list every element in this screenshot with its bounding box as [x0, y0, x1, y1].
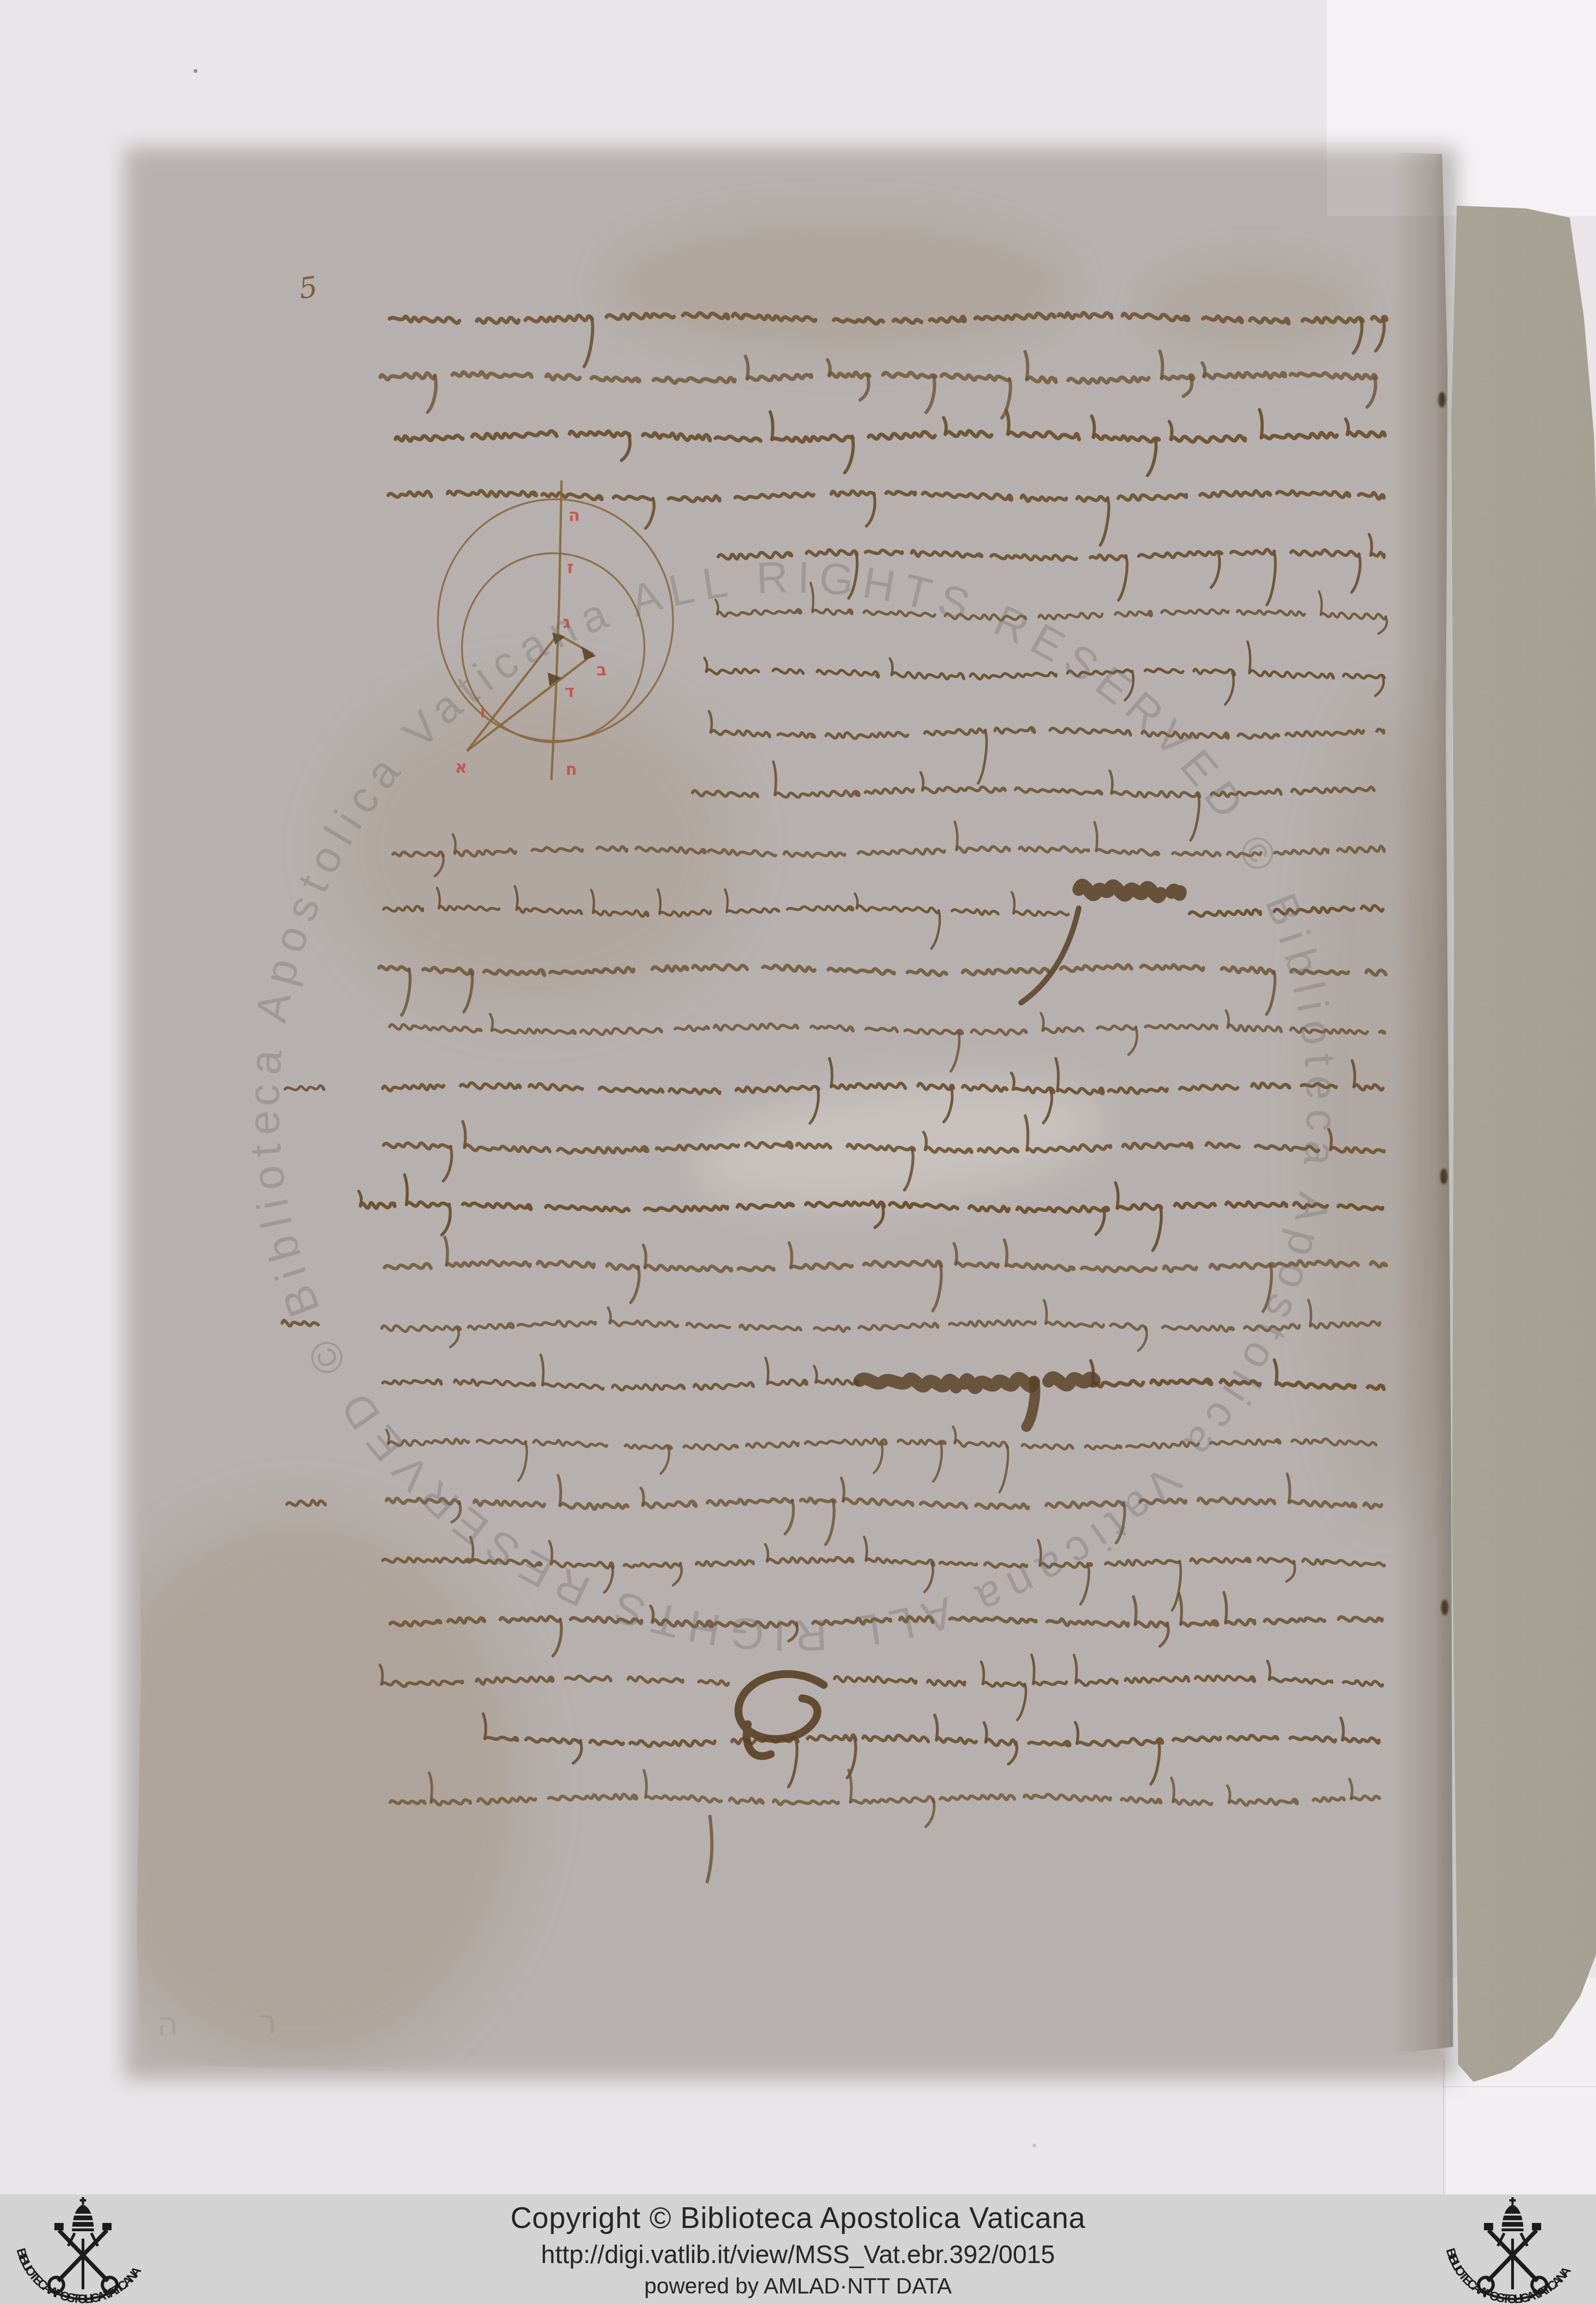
scan-art-layer: 5 הר הזגבדואח ca Apostolica Vaticana ALL…	[0, 0, 1596, 2305]
bleedthrough-glyph: ה	[157, 2004, 178, 2043]
diagram-red-label: א	[455, 758, 467, 777]
footer-bar: BIBLIOTECA APOSTOLICA VATICANA BIBLIOTEC…	[0, 2194, 1596, 2305]
text-line	[287, 1501, 325, 1506]
text-line-strokes	[445, 1237, 1271, 1312]
text-line	[380, 372, 1376, 383]
watermark-ring: ca Apostolica Vaticana ALL RIGHTS RESERV…	[0, 0, 1347, 1661]
diagram-red-label: ה	[568, 506, 580, 525]
text-line	[718, 550, 1384, 561]
text-line	[285, 1086, 324, 1090]
large-calligraphic-word	[1079, 885, 1180, 897]
text-line	[383, 1083, 1383, 1094]
footer-text-block: Copyright © Biblioteca Apostolica Vatica…	[0, 2194, 1596, 2305]
text-line-strokes	[621, 410, 1348, 476]
text-line-strokes	[541, 1355, 817, 1384]
bleedthrough-marks: הר	[157, 2002, 277, 2043]
powered-by-line: powered by AMLAD·NTT DATA	[644, 2274, 952, 2299]
svg-text:ca Apostolica Vaticana ALL RIG: ca Apostolica Vaticana ALL RIGHTS RESERV…	[0, 0, 1347, 1661]
text-line	[692, 787, 1374, 797]
diagram-red-label: ד	[565, 682, 574, 701]
text-line	[390, 313, 1387, 324]
copyright-line: Copyright © Biblioteca Apostolica Vatica…	[510, 2201, 1086, 2235]
text-line	[711, 727, 1384, 739]
long-descender-stroke	[707, 1816, 712, 1882]
text-line	[390, 1024, 1385, 1035]
large-calligraphic-word	[860, 1377, 1094, 1388]
calligraphic-descender-tail	[1021, 908, 1079, 1003]
bleedthrough-glyph: ר	[258, 2002, 277, 2041]
text-line-strokes	[810, 1058, 1355, 1123]
text-line-strokes	[981, 1655, 1270, 1720]
text-line-strokes	[427, 351, 1376, 418]
text-line	[382, 1321, 1380, 1332]
text-line-strokes	[402, 969, 1275, 1015]
diagram-red-label: ח	[566, 760, 577, 779]
text-line-strokes	[773, 762, 1199, 840]
text-line	[706, 669, 1384, 679]
text-line	[379, 964, 1386, 975]
text-line	[834, 1676, 1383, 1686]
text-line-strokes	[490, 1011, 1229, 1071]
text-line	[485, 1735, 1379, 1746]
text-line	[361, 1201, 1383, 1212]
text-line	[383, 1379, 858, 1390]
diagram-arrowhead	[581, 646, 596, 660]
calligraphic-flourish-word	[739, 1674, 824, 1756]
diagram-red-label: ז	[567, 558, 573, 577]
text-line-strokes	[483, 1714, 1343, 1787]
text-line-strokes	[584, 318, 1384, 366]
text-line	[384, 1261, 1386, 1272]
page-number: 5	[297, 270, 319, 306]
text-line-strokes	[380, 1665, 383, 1683]
text-line	[386, 1498, 1382, 1509]
handwritten-text-block	[282, 313, 1387, 1882]
text-line-strokes	[443, 1116, 1331, 1190]
scanned-page-viewport: 5 הר הזגבדואח ca Apostolica Vaticana ALL…	[0, 0, 1596, 2305]
text-line	[390, 1617, 1382, 1628]
diagram-red-label: ב	[597, 661, 607, 680]
text-line	[384, 1142, 1384, 1153]
text-line-strokes	[437, 886, 1014, 949]
permalink-line: http://digi.vatlib.it/view/MSS_Vat.ebr.3…	[541, 2240, 1055, 2269]
text-line	[382, 1676, 728, 1687]
text-line-strokes	[386, 1427, 1008, 1492]
watermark-ring-text: ca Apostolica Vaticana ALL RIGHTS RESERV…	[0, 0, 1347, 1661]
text-line-strokes	[359, 1175, 1161, 1250]
text-line	[396, 431, 1385, 442]
text-line-strokes	[709, 711, 987, 784]
